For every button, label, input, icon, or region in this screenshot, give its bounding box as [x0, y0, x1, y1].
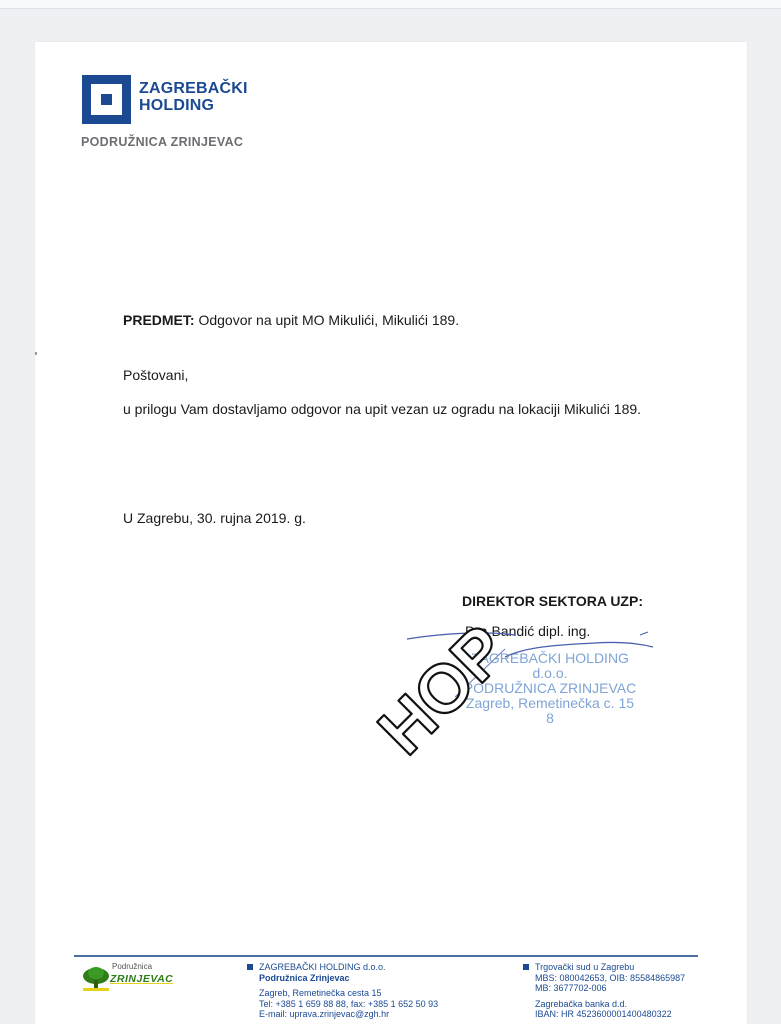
footer-line: ZAGREBAČKI HOLDING d.o.o.: [259, 962, 438, 973]
footer-divider: [74, 955, 698, 957]
tree-icon: [81, 964, 111, 994]
zrinjevac-footer-logo: Podružnica ZRINJEVAC: [81, 960, 181, 1000]
greeting: Poštovani,: [123, 367, 188, 383]
signer-name: Dra Bandić dipl. ing.: [465, 623, 590, 639]
stamp-line: ZAGREBAČKI HOLDING: [455, 651, 645, 666]
company-name-line1: ZAGREBAČKI: [139, 80, 248, 97]
subject-label: PREDMET:: [123, 312, 195, 328]
place-date: U Zagrebu, 30. rujna 2019. g.: [123, 510, 306, 526]
footer-registry-info: Trgovački sud u Zagrebu MBS: 080042653, …: [535, 962, 685, 1020]
stamp-line: PODRUŽNICA ZRINJEVAC: [455, 681, 645, 696]
company-name-line2: HOLDING: [139, 97, 248, 114]
square-bullet-icon: [523, 964, 529, 970]
scan-speck: [35, 352, 37, 355]
footer-email: E-mail: uprava.zrinjevac@zgh.hr: [259, 1009, 438, 1020]
subject-text: Odgovor na upit MO Mikulići, Mikulići 18…: [195, 312, 460, 328]
footer-line: MB: 3677702-006: [535, 983, 685, 994]
footer-line: Zagreb, Remetinečka cesta 15: [259, 988, 438, 999]
company-name: ZAGREBAČKI HOLDING: [139, 80, 248, 114]
branch-name: PODRUŽNICA ZRINJEVAC: [81, 135, 243, 149]
document-page: ZAGREBAČKI HOLDING PODRUŽNICA ZRINJEVAC …: [35, 42, 747, 1024]
footer-line: MBS: 080042653, OIB: 85584865987: [535, 973, 685, 984]
zagrebacki-holding-logo-icon: [82, 75, 131, 124]
square-bullet-icon: [247, 964, 253, 970]
footer-line: Zagrebačka banka d.d.: [535, 999, 685, 1010]
footer-line: Tel: +385 1 659 88 88, fax: +385 1 652 5…: [259, 999, 438, 1010]
viewer-top-bar: [0, 0, 781, 9]
footer-company-info: ZAGREBAČKI HOLDING d.o.o. Podružnica Zri…: [259, 962, 438, 1020]
footer-line: Trgovački sud u Zagrebu: [535, 962, 685, 973]
stamp-line: 8: [455, 711, 645, 726]
body-paragraph: u prilogu Vam dostavljamo odgovor na upi…: [123, 401, 641, 417]
signer-title: DIREKTOR SEKTORA UZP:: [462, 593, 643, 609]
stamp-line: d.o.o.: [455, 666, 645, 681]
footer-logo-label: Podružnica: [112, 962, 152, 971]
official-stamp: ZAGREBAČKI HOLDING d.o.o. PODRUŽNICA ZRI…: [455, 651, 645, 726]
subject-line: PREDMET: Odgovor na upit MO Mikulići, Mi…: [123, 312, 459, 328]
footer-line: IBAN: HR 4523600001400480322: [535, 1009, 685, 1020]
footer-line: Podružnica Zrinjevac: [259, 973, 438, 984]
footer-logo-word: ZRINJEVAC: [110, 973, 173, 985]
stamp-line: Zagreb, Remetinečka c. 15: [455, 696, 645, 711]
